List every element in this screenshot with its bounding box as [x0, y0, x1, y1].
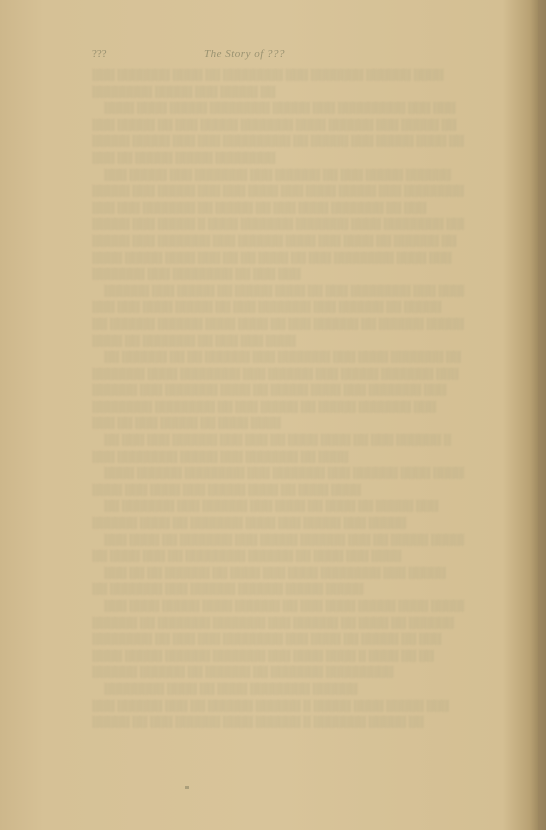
print-mark	[185, 786, 189, 789]
text-line: ░░ ░░░░░░░ ░░░ ░░░░░░ ░░░░░░ ░░░░░ ░░░░░	[92, 582, 464, 599]
text-line: ░░░ ░░░░░░░░ ░░░░░ ░░░ ░░░░░░░ ░░ ░░░░	[92, 450, 464, 467]
book-page: ??? The Story of ??? ░░░ ░░░░░░░ ░░░░ ░░…	[0, 0, 546, 830]
text-line: ░░░░░░░░ ░░ ░░░ ░░░ ░░░░░░░░ ░░░ ░░░░ ░░…	[92, 632, 464, 649]
text-line: ░░░░ ░░░░ ░░░░░ ░░░░░░░░ ░░░░░ ░░░ ░░░░░…	[92, 101, 464, 118]
text-line: ░░░ ░░ ░░░ ░░░░░ ░░ ░░░░ ░░░░	[92, 416, 464, 433]
text-line: ░░░░ ░░░ ░░░░ ░░░ ░░░░░ ░░░░ ░░ ░░░░ ░░░…	[92, 483, 464, 500]
text-line: ░░░░░░ ░░ ░░░░░░░ ░░░░░░░ ░░░ ░░░░░░ ░░ …	[92, 616, 464, 633]
text-line: ░░ ░░░░░░ ░░ ░░ ░░░░░░ ░░░ ░░░░░░░ ░░░ ░…	[92, 350, 464, 367]
text-line: ░░░░░░ ░░░░ ░░ ░░░░░░░ ░░░░ ░░░ ░░░░░ ░░…	[92, 516, 464, 533]
text-line: ░░░░░░░ ░░░ ░░░░░░░░ ░░ ░░░ ░░░	[92, 267, 464, 284]
text-line: ░░░░░░░ ░░░░ ░░░░░░░░ ░░░ ░░░░░░ ░░░ ░░░…	[92, 367, 464, 384]
body-text: ░░░ ░░░░░░░ ░░░░ ░░ ░░░░░░░░ ░░░ ░░░░░░░…	[92, 68, 464, 732]
text-line: ░░░░░ ░░░░░ ░░░ ░░░ ░░░░░░░░░ ░░ ░░░░░ ░…	[92, 134, 464, 151]
text-line: ░░░░░ ░░░ ░░░░░ ░ ░░░░ ░░░░░░░ ░░░░░░░ ░…	[92, 217, 464, 234]
text-line: ░░░░░░░░ ░░░░ ░░ ░░░░ ░░░░░░░░ ░░░░░░	[92, 682, 464, 699]
text-line: ░░ ░░░░░░ ░░░░░░ ░░░░ ░░░░ ░░ ░░░ ░░░░░░…	[92, 317, 464, 334]
page-edge	[538, 0, 546, 830]
text-line: ░░░░░ ░░ ░░░ ░░░░░░ ░░░░ ░░░░░░ ░ ░░░░░░…	[92, 715, 464, 732]
text-line: ░░ ░░░░░░░ ░░░ ░░░░░░ ░░░ ░░░░ ░░ ░░░░ ░…	[92, 499, 464, 516]
running-header: ??? The Story of ???	[92, 48, 462, 62]
text-line: ░░░░░░ ░░░ ░░░░░░░ ░░░░ ░░ ░░░░░ ░░░░ ░░…	[92, 383, 464, 400]
text-line: ░░░░ ░░░░░ ░░░░ ░░░ ░░ ░░ ░░░░ ░░ ░░░ ░░…	[92, 251, 464, 268]
text-line: ░░░ ░░░ ░░░░░░░ ░░ ░░░░░ ░░ ░░░ ░░░░ ░░░…	[92, 201, 464, 218]
page-number: ???	[92, 48, 107, 60]
text-line: ░░░ ░░░░ ░░ ░░░░░░░ ░░░ ░░░░░ ░░░░░░ ░░░…	[92, 533, 464, 550]
text-line: ░░░ ░░░░░ ░░ ░░░ ░░░░░ ░░░░░░░ ░░░░ ░░░░…	[92, 118, 464, 135]
text-line: ░░░░░░░░ ░░░░░░░░ ░░ ░░░ ░░░░░ ░░ ░░░░░ …	[92, 400, 464, 417]
text-line: ░░░░░░░░ ░░░░░ ░░░ ░░░░░ ░░	[92, 85, 464, 102]
text-line: ░░░ ░░ ░░░░░ ░░░░░ ░░░░░░░░	[92, 151, 464, 168]
text-line: ░░░ ░░░░░░░ ░░░░ ░░ ░░░░░░░░ ░░░ ░░░░░░░…	[92, 68, 464, 85]
text-line: ░░░░░ ░░░ ░░░░░ ░░░ ░░░ ░░░░ ░░░ ░░░░ ░░…	[92, 184, 464, 201]
text-line: ░░░ ░░░░░░ ░░░ ░░ ░░░░░░ ░░░░░░ ░ ░░░░░ …	[92, 699, 464, 716]
text-line: ░░░ ░░░ ░░░░ ░░░░░ ░░ ░░░ ░░░░░░░ ░░░ ░░…	[92, 300, 464, 317]
running-title: The Story of ???	[204, 48, 285, 60]
text-line: ░░░░ ░░░░░ ░░░░░░ ░░░░░░░ ░░░ ░░░░ ░░░░ …	[92, 649, 464, 666]
text-line: ░░░ ░░░░░ ░░░ ░░░░░░░ ░░░ ░░░░░░ ░░ ░░░ …	[92, 168, 464, 185]
text-line: ░░░ ░░ ░░ ░░░░░░ ░░ ░░░░ ░░░ ░░░░ ░░░░░░…	[92, 566, 464, 583]
text-line: ░░░░░░ ░░░░░░ ░░ ░░░░░░ ░░ ░░░░░░░ ░░░░░…	[92, 665, 464, 682]
text-line: ░░ ░░░ ░░░ ░░░░░░ ░░░ ░░░ ░░ ░░░░ ░░░░ ░…	[92, 433, 464, 450]
text-line: ░░░░░░ ░░░ ░░░░░ ░░ ░░░░░ ░░░░ ░░ ░░░ ░░…	[92, 284, 464, 301]
text-line: ░░░ ░░░░ ░░░░░ ░░░░ ░░░░░░ ░░ ░░░ ░░░░ ░…	[92, 599, 464, 616]
text-line: ░░░░░ ░░░ ░░░░░░░ ░░░ ░░░░░░ ░░░░ ░░░ ░░…	[92, 234, 464, 251]
text-line: ░░░░ ░░ ░░░░░░░ ░░ ░░░ ░░░ ░░░░	[92, 334, 464, 351]
text-line: ░░░░ ░░░░░░ ░░░░░░░░ ░░░ ░░░░░░░ ░░░ ░░░…	[92, 466, 464, 483]
text-line: ░░ ░░░░ ░░░ ░░ ░░░░░░░░ ░░░░░░ ░░ ░░░░ ░…	[92, 549, 464, 566]
